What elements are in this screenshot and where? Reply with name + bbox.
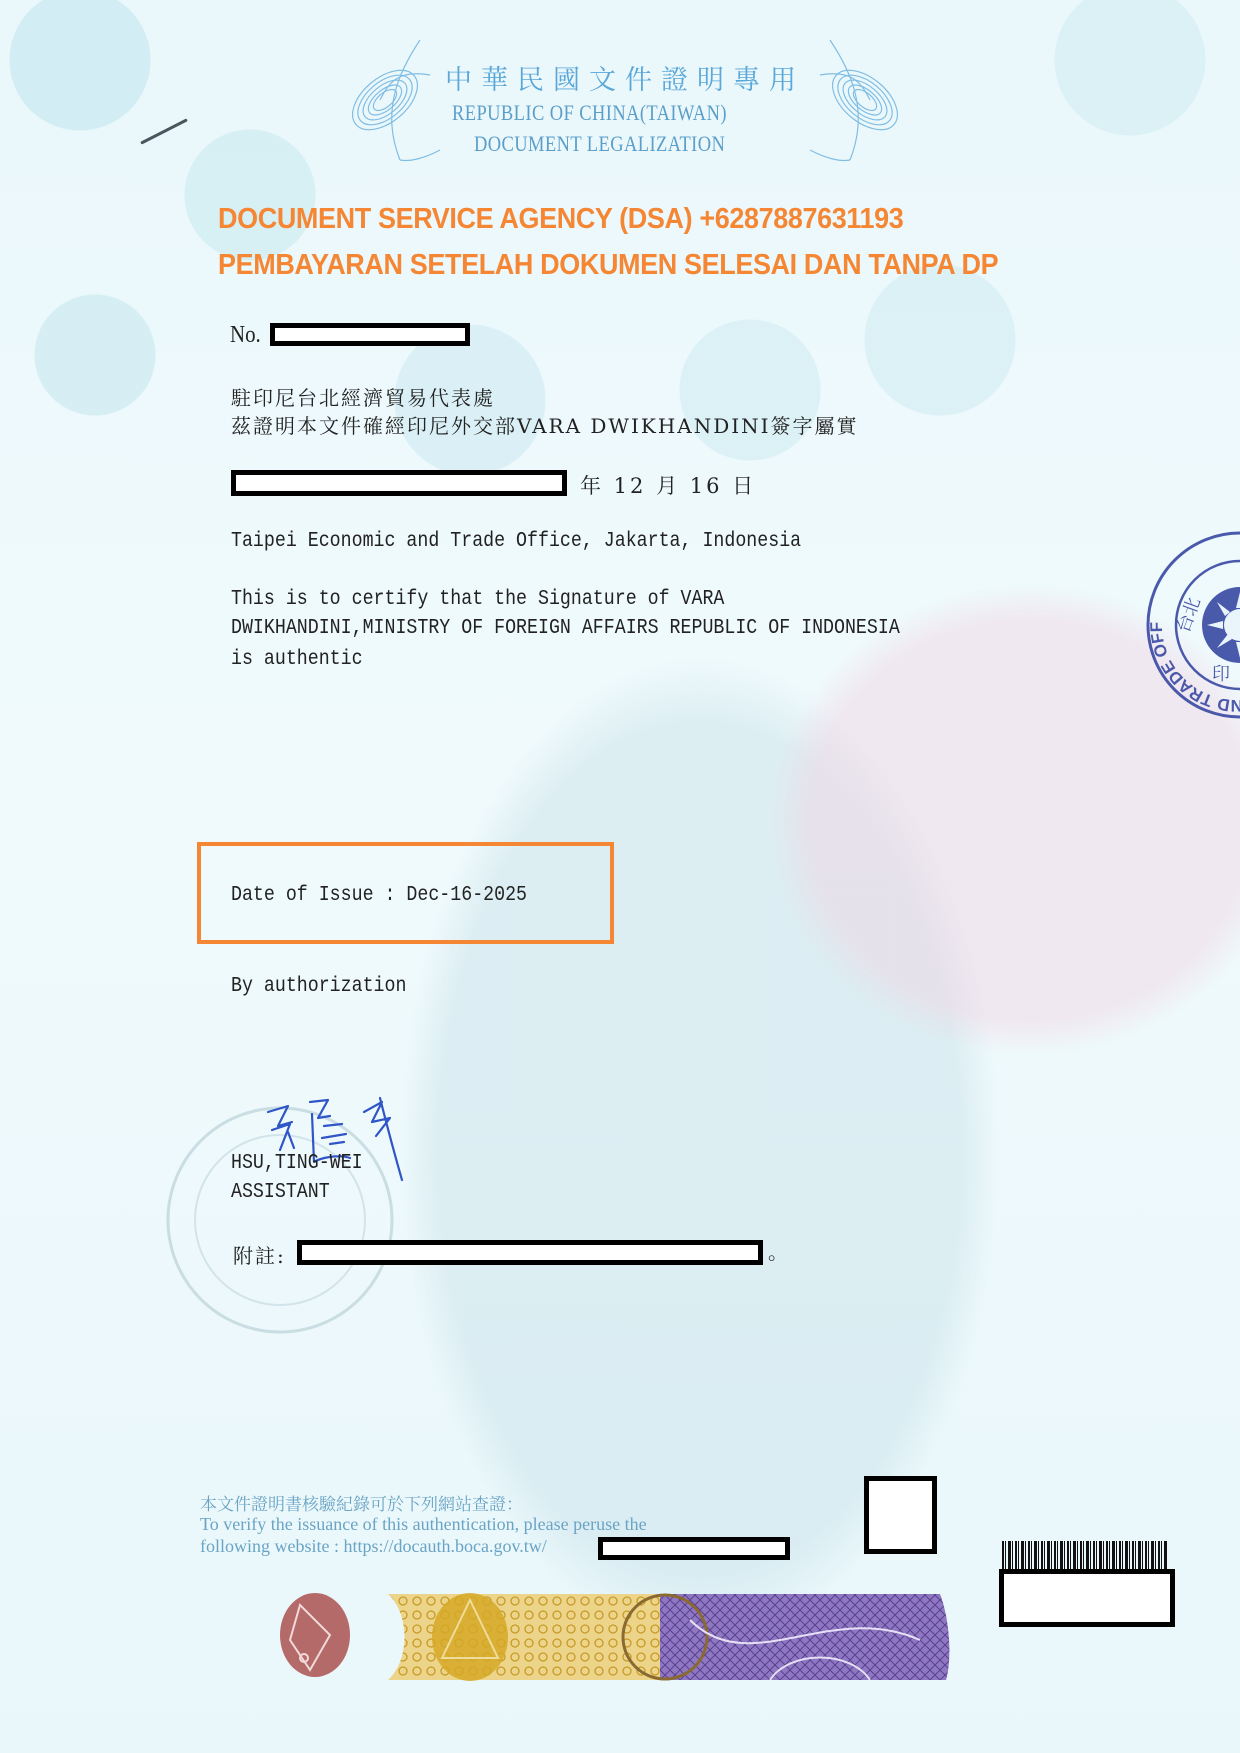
redacted-note <box>297 1240 763 1265</box>
header-title-en-line1: REPUBLIC OF CHINA(TAIWAN) <box>452 100 727 126</box>
svg-text:台北: 台北 <box>1173 595 1205 636</box>
note-end: 。 <box>768 1236 790 1265</box>
header-title-cjk: 中華民國文件證明專用 <box>445 58 805 97</box>
certify-en-line2: DWIKHANDINI,MINISTRY OF FOREIGN AFFAIRS … <box>231 617 900 640</box>
office-seal-stamp-icon: TAIPEI ECONOMIC AND TRADE OFFICE 台北 印 <box>1142 530 1240 720</box>
redacted-number <box>270 323 470 346</box>
number-label: No. <box>230 322 261 349</box>
verify-en-line1: To verify the issuance of this authentic… <box>200 1514 647 1535</box>
redacted-barcode-number <box>999 1569 1175 1627</box>
barcode-icon <box>1002 1541 1168 1571</box>
promo-line-agency: DOCUMENT SERVICE AGENCY (DSA) +628788763… <box>218 203 903 236</box>
promo-line-payment: PEMBAYARAN SETELAH DOKUMEN SELESAI DAN T… <box>218 249 998 282</box>
header-title-en-line2: DOCUMENT LEGALIZATION <box>474 131 725 157</box>
right-swirl-emblem-icon <box>800 30 910 170</box>
date-cjk: 年 12 月 16 日 <box>580 470 756 500</box>
pen-mark <box>140 118 188 144</box>
certify-en-line3: is authentic <box>231 648 363 671</box>
date-of-issue: Date of Issue : Dec-16-2025 <box>231 884 527 907</box>
redacted-qr-code <box>864 1476 937 1554</box>
by-authorization: By authorization <box>231 975 406 998</box>
verify-cjk: 本文件證明書核驗紀錄可於下列網站查證： <box>200 1490 523 1515</box>
signer-name: HSU,TING-WEI <box>231 1152 363 1175</box>
svg-text:印: 印 <box>1212 664 1230 685</box>
note-label: 附註: <box>233 1240 286 1269</box>
security-strip-icon <box>270 1580 960 1690</box>
redacted-year <box>231 470 567 496</box>
signer-title: ASSISTANT <box>231 1181 330 1204</box>
verify-en-line2[interactable]: following website : https://docauth.boca… <box>200 1536 547 1557</box>
certify-en-line1: This is to certify that the Signature of… <box>231 588 724 611</box>
office-cjk: 駐印尼台北經濟貿易代表處 <box>231 382 495 411</box>
redacted-url-path <box>598 1537 790 1560</box>
left-swirl-emblem-icon <box>340 30 450 170</box>
certify-cjk: 茲證明本文件確經印尼外交部VARA DWIKHANDINI簽字屬實 <box>231 410 859 439</box>
office-en: Taipei Economic and Trade Office, Jakart… <box>231 530 801 553</box>
